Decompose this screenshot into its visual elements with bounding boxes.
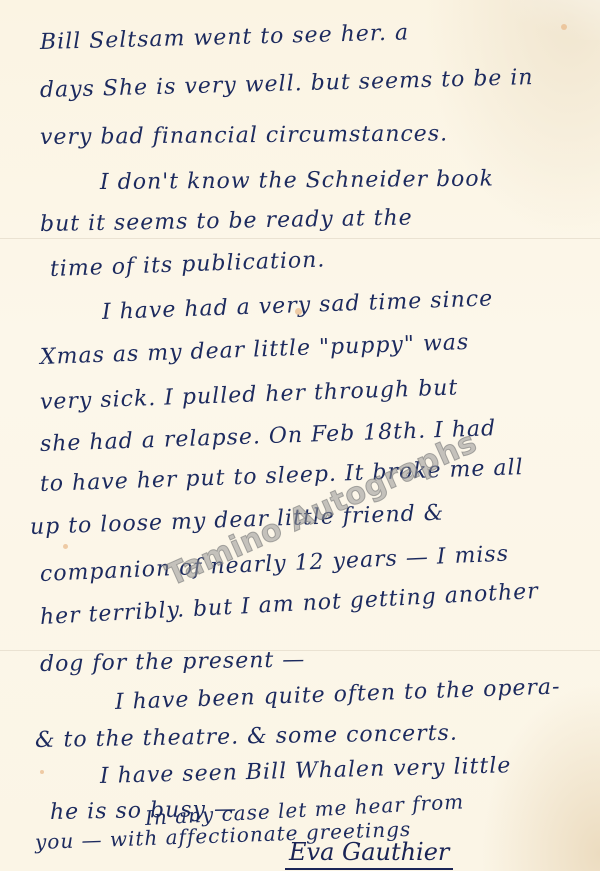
letter-line: I have been quite often to the opera- [115, 674, 561, 715]
letter-page: Bill Seltsam went to see her. a days She… [0, 0, 600, 871]
paper-fold-line [0, 238, 600, 239]
foxing-spot [63, 544, 68, 549]
letter-line: very bad financial circumstances. [40, 121, 448, 150]
letter-line: her terribly. but I am not getting anoth… [39, 579, 539, 630]
foxing-spot [40, 770, 44, 774]
letter-line: I have had a very sad time since [102, 286, 494, 325]
letter-line: dog for the present — [40, 647, 306, 677]
letter-line: days She is very well. but seems to be i… [40, 65, 534, 103]
letter-line: Bill Seltsam went to see her. a [40, 20, 410, 55]
foxing-spot [561, 24, 567, 30]
letter-line: but it seems to be ready at the [40, 205, 413, 237]
letter-line: & to the theatre. & some concerts. [35, 721, 458, 753]
letter-line: very sick. I pulled her through but [40, 375, 459, 415]
letter-line: Xmas as my dear little "puppy" was [40, 330, 470, 370]
letter-line: time of its publication. [50, 247, 326, 282]
letter-line: I don't know the Schneider book [100, 167, 494, 195]
signature: Eva Gauthier [285, 838, 453, 870]
paper-corner-wear [510, 0, 600, 40]
letter-line: I have seen Bill Whalen very little [100, 753, 512, 789]
